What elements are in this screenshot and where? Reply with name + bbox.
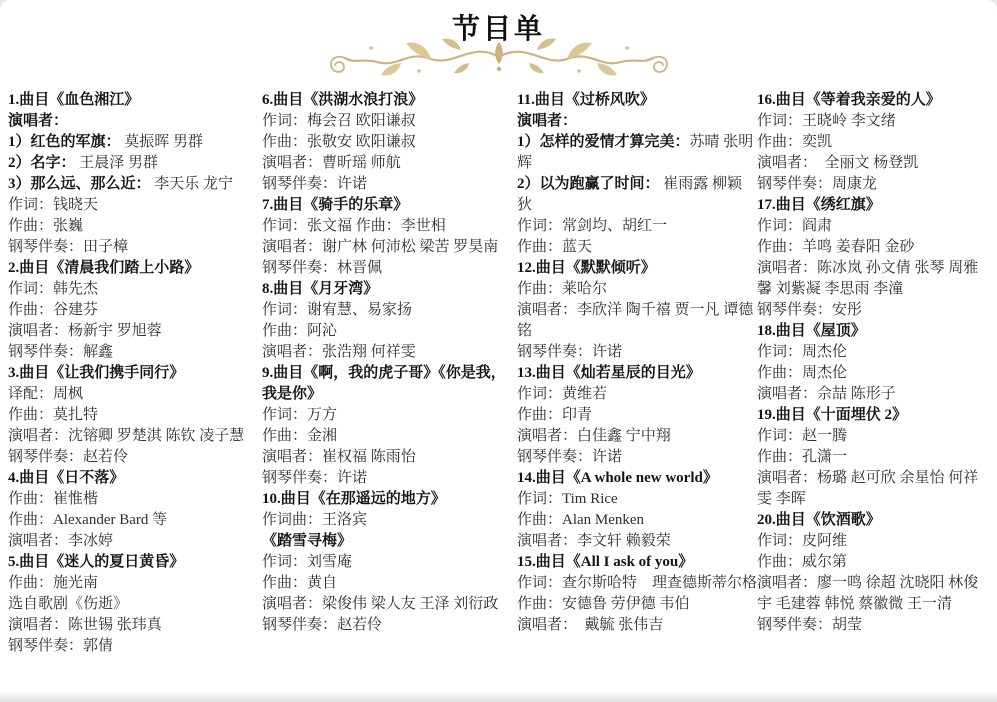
- program-line-text: 作词：万方: [262, 407, 337, 423]
- program-line: 演唱者：沈镕卿 罗楚淇 陈钦 凌子慧: [8, 426, 254, 447]
- program-line-text: 译配：周枫: [8, 386, 83, 402]
- program-line: 作曲：印青: [517, 405, 757, 426]
- program-line: 作曲：金湘: [262, 426, 510, 447]
- program-line: 译配：周枫: [8, 384, 254, 405]
- program-line-text: 演唱者：陈世锡 张玮真: [8, 617, 162, 633]
- program-line: 1.曲目《血色湘江》: [8, 90, 254, 111]
- program-line-text: 演唱者： 全丽文 杨登凯: [757, 155, 918, 171]
- program-line-text: 选自歌剧《伤逝》: [8, 596, 128, 612]
- program-line-label: 2.曲目《清晨我们踏上小路》: [8, 260, 199, 276]
- program-line: 演唱者：陈冰岚 孙文倩 张琴 周雅馨 刘紫凝 李思雨 李潼: [757, 258, 993, 300]
- program-line-text: 作词：刘雪庵: [262, 554, 352, 570]
- program-line: 作曲：莱哈尔: [517, 279, 757, 300]
- program-line: 演唱者：李冰婷: [8, 531, 254, 552]
- page-bottom-edge: [0, 693, 997, 702]
- program-line: 作词：张文福 作曲：李世相: [262, 216, 510, 237]
- program-line-label: 8.曲目《月牙湾》: [262, 281, 378, 297]
- program-line: 作词：万方: [262, 405, 510, 426]
- program-line: 1）红色的军旗： 莫振晖 男群: [8, 132, 254, 153]
- program-line: 作词：Tim Rice: [517, 489, 757, 510]
- program-line-text: 钢琴伴奏：胡莹: [757, 617, 862, 633]
- program-line: 作词：常剑均、胡红一: [517, 216, 757, 237]
- program-line-label: 9.曲目《啊，我的虎子哥》《你是我，我是你》: [262, 365, 506, 402]
- program-line: 作曲：安德鲁 劳伊德 韦伯: [517, 594, 757, 615]
- program-line: 作词：查尔斯哈特 理查德斯蒂尔格: [517, 573, 757, 594]
- program-line-label: 6.曲目《洪湖水浪打浪》: [262, 92, 423, 108]
- program-line: 演唱者：谢广林 何沛松 梁苦 罗昊南: [262, 237, 510, 258]
- program-line-label: 17.曲目《绣红旗》: [757, 197, 881, 213]
- program-line-label: 14.曲目《A whole new world》: [517, 470, 718, 486]
- program-line-text: 作曲：安德鲁 劳伊德 韦伯: [517, 596, 690, 612]
- program-line: 3）那么远、那么近： 李天乐 龙宁: [8, 174, 254, 195]
- program-line: 钢琴伴奏：郭倩: [8, 636, 254, 657]
- program-line: 7.曲目《骑手的乐章》: [262, 195, 510, 216]
- program-line-text: 钢琴伴奏：林晋佩: [262, 260, 382, 276]
- program-line-text: 作词：韩先杰: [8, 281, 98, 297]
- program-line-text: 作曲：张巍: [8, 218, 83, 234]
- program-line: 作曲：孔潇一: [757, 447, 993, 468]
- program-line-text: 作词：阎肃: [757, 218, 832, 234]
- program-line: 作词：王晓岭 李文绪: [757, 111, 993, 132]
- program-line: 钢琴伴奏：安彤: [757, 300, 993, 321]
- program-line: 作曲：羊鸣 姜春阳 金砂: [757, 237, 993, 258]
- program-line-text: 莫振晖 男群: [124, 134, 203, 150]
- program-line-text: 作曲：周杰伦: [757, 365, 847, 381]
- program-line: 作曲：莫扎特: [8, 405, 254, 426]
- program-line-text: 钢琴伴奏：许诺: [517, 344, 622, 360]
- program-line: 作曲：奕凯: [757, 132, 993, 153]
- program-line-text: 钢琴伴奏：赵若伶: [262, 617, 382, 633]
- program-line-text: 作词：查尔斯哈特 理查德斯蒂尔格: [517, 575, 757, 591]
- program-line-text: 作曲：羊鸣 姜春阳 金砂: [757, 239, 915, 255]
- program-line: 15.曲目《All I ask of you》: [517, 552, 757, 573]
- program-line-label: 5.曲目《迷人的夏日黄昏》: [8, 554, 184, 570]
- program-line-label: 18.曲目《屋顶》: [757, 323, 866, 339]
- program-line: 演唱者： 戴毓 张伟吉: [517, 615, 757, 636]
- program-line: 演唱者：佘喆 陈形子: [757, 384, 993, 405]
- program-line-label: 1.曲目《血色湘江》: [8, 92, 139, 108]
- program-line: 作曲：周杰伦: [757, 363, 993, 384]
- program-line: 作词：韩先杰: [8, 279, 254, 300]
- program-line: 钢琴伴奏：赵若伶: [8, 447, 254, 468]
- program-line: 作词：阎肃: [757, 216, 993, 237]
- program-line: 选自歌剧《伤逝》: [8, 594, 254, 615]
- program-line-text: 作曲：黄自: [262, 575, 337, 591]
- program-line: 钢琴伴奏：周康龙: [757, 174, 993, 195]
- program-line: 12.曲目《默默倾听》: [517, 258, 757, 279]
- program-line: 19.曲目《十面埋伏 2》: [757, 405, 993, 426]
- program-line: 钢琴伴奏：许诺: [517, 342, 757, 363]
- program-line: 14.曲目《A whole new world》: [517, 468, 757, 489]
- program-line-text: 演唱者：陈冰岚 孙文倩 张琴 周雅馨 刘紫凝 李思雨 李潼: [757, 260, 978, 297]
- program-line: 13.曲目《灿若星辰的目光》: [517, 363, 757, 384]
- program-line-text: 演唱者：谢广林 何沛松 梁苦 罗昊南: [262, 239, 498, 255]
- program-line: 钢琴伴奏：胡莹: [757, 615, 993, 636]
- program-line-text: 钢琴伴奏：周康龙: [757, 176, 877, 192]
- program-line: 演唱者：李文轩 赖毅荣: [517, 531, 757, 552]
- program-line-text: 作曲：奕凯: [757, 134, 832, 150]
- program-line: 作词：梅会召 欧阳谦叔: [262, 111, 510, 132]
- program-line: 演唱者：张浩翔 何祥雯: [262, 342, 510, 363]
- program-line-text: 王晨泽 男群: [79, 155, 158, 171]
- program-line-label: 16.曲目《等着我亲爱的人》: [757, 92, 941, 108]
- program-line-label: 3.曲目《让我们携手同行》: [8, 365, 184, 381]
- program-line-text: 李天乐 龙宁: [154, 176, 233, 192]
- program-line-text: 演唱者：李欣洋 陶千禧 贾一凡 谭德铭: [517, 302, 753, 339]
- program-line: 演唱者：崔权福 陈雨怡: [262, 447, 510, 468]
- program-line-text: 演唱者：杨新宇 罗旭蓉: [8, 323, 162, 339]
- program-line-label: 4.曲目《日不落》: [8, 470, 124, 486]
- program-line-text: 作词：皮阿维: [757, 533, 847, 549]
- program-line: 3.曲目《让我们携手同行》: [8, 363, 254, 384]
- program-line-text: 作曲：Alexander Bard 等: [8, 512, 167, 528]
- program-line-text: 演唱者：廖一鸣 徐超 沈晓阳 林俊宇 毛建蓉 韩悦 蔡徽微 王一清: [757, 575, 978, 612]
- program-line: 作词曲：王洛宾: [262, 510, 510, 531]
- program-line-text: 钢琴伴奏：许诺: [517, 449, 622, 465]
- program-line: 作词：刘雪庵: [262, 552, 510, 573]
- program-line: 演唱者：杨璐 赵可欣 余星怡 何祥雯 李晖: [757, 468, 993, 510]
- program-line: 9.曲目《啊，我的虎子哥》《你是我，我是你》: [262, 363, 510, 405]
- program-line-text: 演唱者：白佳鑫 宁中翔: [517, 428, 671, 444]
- program-line: 2.曲目《清晨我们踏上小路》: [8, 258, 254, 279]
- program-line: 2）名字： 王晨泽 男群: [8, 153, 254, 174]
- program-line-text: 演唱者： 戴毓 张伟吉: [517, 617, 663, 633]
- program-line: 钢琴伴奏：田子樟: [8, 237, 254, 258]
- program-line: 1）怎样的爱情才算完美：苏晴 张明辉: [517, 132, 757, 174]
- program-line-text: 演唱者：张浩翔 何祥雯: [262, 344, 416, 360]
- program-columns: 1.曲目《血色湘江》演唱者：1）红色的军旗： 莫振晖 男群2）名字： 王晨泽 男…: [0, 0, 997, 702]
- program-line-text: 作曲：阿沁: [262, 323, 337, 339]
- program-line-text: 作词：赵一腾: [757, 428, 847, 444]
- program-line-text: 钢琴伴奏：解鑫: [8, 344, 113, 360]
- program-line: 作词：黄维若: [517, 384, 757, 405]
- program-line-label: 2）名字：: [8, 155, 79, 171]
- program-line-label: 演唱者：: [8, 113, 68, 129]
- program-line-label: 11.曲目《过桥风吹》: [517, 92, 655, 108]
- program-line-label: 7.曲目《骑手的乐章》: [262, 197, 408, 213]
- program-line: 18.曲目《屋顶》: [757, 321, 993, 342]
- program-line-text: 作曲：莫扎特: [8, 407, 98, 423]
- program-line: 17.曲目《绣红旗》: [757, 195, 993, 216]
- program-line-text: 作词：张文福 作曲：李世相: [262, 218, 446, 234]
- program-line-text: 钢琴伴奏：郭倩: [8, 638, 113, 654]
- program-line-text: 演唱者：沈镕卿 罗楚淇 陈钦 凌子慧: [8, 428, 244, 444]
- program-line: 6.曲目《洪湖水浪打浪》: [262, 90, 510, 111]
- program-line: 作曲：张敬安 欧阳谦叔: [262, 132, 510, 153]
- program-line: 作词：周杰伦: [757, 342, 993, 363]
- program-line-label: 12.曲目《默默倾听》: [517, 260, 656, 276]
- program-line: 10.曲目《在那遥远的地方》: [262, 489, 510, 510]
- program-line-text: 作曲：Alan Menken: [517, 512, 644, 528]
- program-line: 作曲：谷建芬: [8, 300, 254, 321]
- program-line: 作曲：蓝天: [517, 237, 757, 258]
- program-line: 演唱者： 全丽文 杨登凯: [757, 153, 993, 174]
- program-line: 作曲：Alexander Bard 等: [8, 510, 254, 531]
- program-line: 作曲：威尔第: [757, 552, 993, 573]
- program-line: 作词：赵一腾: [757, 426, 993, 447]
- program-line-text: 演唱者：梁俊伟 梁人友 王泽 刘衍政: [262, 596, 498, 612]
- program-line: 演唱者：: [517, 111, 757, 132]
- program-line: 作曲：阿沁: [262, 321, 510, 342]
- program-line: 作曲：Alan Menken: [517, 510, 757, 531]
- program-line: 《踏雪寻梅》: [262, 531, 510, 552]
- program-line-label: 15.曲目《All I ask of you》: [517, 554, 693, 570]
- program-line-label: 1）红色的军旗：: [8, 134, 124, 150]
- program-sheet: 节目单 1.曲目《血色湘江》演唱: [0, 0, 997, 702]
- program-line-text: 作曲：威尔第: [757, 554, 847, 570]
- program-line: 演唱者：曹昕瑶 师航: [262, 153, 510, 174]
- program-line: 钢琴伴奏：许诺: [517, 447, 757, 468]
- program-line-text: 作曲：金湘: [262, 428, 337, 444]
- program-line-text: 作曲：崔惟楷: [8, 491, 98, 507]
- program-line: 演唱者：陈世锡 张玮真: [8, 615, 254, 636]
- program-line: 16.曲目《等着我亲爱的人》: [757, 90, 993, 111]
- program-line: 演唱者：李欣洋 陶千禧 贾一凡 谭德铭: [517, 300, 757, 342]
- program-line: 作词：钱晓天: [8, 195, 254, 216]
- program-line: 作曲：黄自: [262, 573, 510, 594]
- program-column-2: 6.曲目《洪湖水浪打浪》作词：梅会召 欧阳谦叔作曲：张敬安 欧阳谦叔演唱者：曹昕…: [262, 90, 510, 636]
- program-line-text: 钢琴伴奏：田子樟: [8, 239, 128, 255]
- program-line: 8.曲目《月牙湾》: [262, 279, 510, 300]
- program-line: 演唱者：: [8, 111, 254, 132]
- program-line: 演唱者：廖一鸣 徐超 沈晓阳 林俊宇 毛建蓉 韩悦 蔡徽微 王一清: [757, 573, 993, 615]
- program-line: 钢琴伴奏：解鑫: [8, 342, 254, 363]
- program-line: 20.曲目《饮酒歌》: [757, 510, 993, 531]
- program-line-text: 作词：谢宥慧、易家扬: [262, 302, 412, 318]
- program-line-label: 1）怎样的爱情才算完美：: [517, 134, 690, 150]
- program-line-label: 10.曲目《在那遥远的地方》: [262, 491, 446, 507]
- program-line: 钢琴伴奏：许诺: [262, 468, 510, 489]
- program-column-1: 1.曲目《血色湘江》演唱者：1）红色的军旗： 莫振晖 男群2）名字： 王晨泽 男…: [8, 90, 254, 657]
- program-line: 2）以为跑赢了时间： 崔雨露 柳颖狄: [517, 174, 757, 216]
- program-line-label: 19.曲目《十面埋伏 2》: [757, 407, 907, 423]
- program-column-4: 16.曲目《等着我亲爱的人》作词：王晓岭 李文绪作曲：奕凯演唱者： 全丽文 杨登…: [757, 90, 993, 636]
- program-line-text: 作曲：施光南: [8, 575, 98, 591]
- program-line-text: 演唱者：崔权福 陈雨怡: [262, 449, 416, 465]
- program-line-label: 13.曲目《灿若星辰的目光》: [517, 365, 701, 381]
- program-line-text: 作词：王晓岭 李文绪: [757, 113, 896, 129]
- program-line-text: 钢琴伴奏：安彤: [757, 302, 862, 318]
- program-line: 5.曲目《迷人的夏日黄昏》: [8, 552, 254, 573]
- program-line-text: 作词曲：王洛宾: [262, 512, 367, 528]
- program-line-text: 作曲：孔潇一: [757, 449, 847, 465]
- program-line-label: 3）那么远、那么近：: [8, 176, 154, 192]
- program-line-text: 演唱者：佘喆 陈形子: [757, 386, 896, 402]
- program-line-text: 作词：常剑均、胡红一: [517, 218, 667, 234]
- program-line: 钢琴伴奏：林晋佩: [262, 258, 510, 279]
- program-line: 作曲：崔惟楷: [8, 489, 254, 510]
- program-line: 钢琴伴奏：赵若伶: [262, 615, 510, 636]
- program-line-text: 作曲：蓝天: [517, 239, 592, 255]
- program-line: 演唱者：白佳鑫 宁中翔: [517, 426, 757, 447]
- program-line-text: 钢琴伴奏：赵若伶: [8, 449, 128, 465]
- program-line-text: 作词：黄维若: [517, 386, 607, 402]
- program-line-text: 作词：周杰伦: [757, 344, 847, 360]
- program-line-label: 《踏雪寻梅》: [262, 533, 352, 549]
- program-line-text: 演唱者：李冰婷: [8, 533, 113, 549]
- program-line-text: 作曲：莱哈尔: [517, 281, 607, 297]
- program-line: 演唱者：杨新宇 罗旭蓉: [8, 321, 254, 342]
- program-line-text: 演唱者：杨璐 赵可欣 余星怡 何祥雯 李晖: [757, 470, 978, 507]
- program-line-text: 作词：梅会召 欧阳谦叔: [262, 113, 416, 129]
- program-line: 演唱者：梁俊伟 梁人友 王泽 刘衍政: [262, 594, 510, 615]
- program-column-3: 11.曲目《过桥风吹》演唱者：1）怎样的爱情才算完美：苏晴 张明辉2）以为跑赢了…: [517, 90, 757, 636]
- program-line-text: 作曲：印青: [517, 407, 592, 423]
- program-line-text: 演唱者：曹昕瑶 师航: [262, 155, 401, 171]
- program-line-label: 2）以为跑赢了时间：: [517, 176, 663, 192]
- program-line: 11.曲目《过桥风吹》: [517, 90, 757, 111]
- program-line: 钢琴伴奏：许诺: [262, 174, 510, 195]
- program-line-text: 钢琴伴奏：许诺: [262, 470, 367, 486]
- program-line: 作词：皮阿维: [757, 531, 993, 552]
- program-line-label: 演唱者：: [517, 113, 577, 129]
- program-line-text: 作词：Tim Rice: [517, 491, 618, 507]
- program-line: 4.曲目《日不落》: [8, 468, 254, 489]
- program-line-text: 作曲：谷建芬: [8, 302, 98, 318]
- program-line: 作曲：张巍: [8, 216, 254, 237]
- program-line-text: 演唱者：李文轩 赖毅荣: [517, 533, 671, 549]
- program-line-text: 作词：钱晓天: [8, 197, 98, 213]
- program-line: 作词：谢宥慧、易家扬: [262, 300, 510, 321]
- program-line-text: 作曲：张敬安 欧阳谦叔: [262, 134, 416, 150]
- program-line-label: 20.曲目《饮酒歌》: [757, 512, 881, 528]
- program-line-text: 钢琴伴奏：许诺: [262, 176, 367, 192]
- program-line: 作曲：施光南: [8, 573, 254, 594]
